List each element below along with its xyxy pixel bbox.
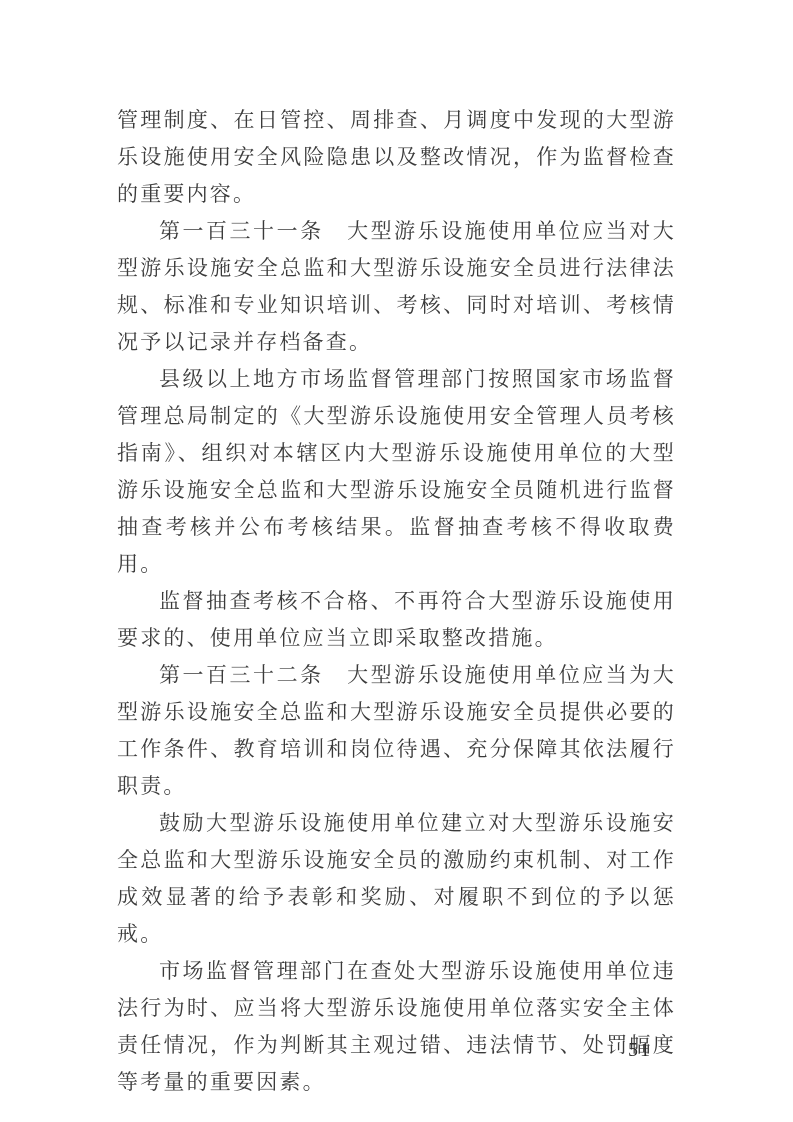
paragraph-enforcement-consideration: 市场监督管理部门在查处大型游乐设施使用单位违法行为时、应当将大型游乐设施使用单位… xyxy=(117,953,676,1101)
paragraph-supervision-content-continuation: 管理制度、在日管控、周排查、月调度中发现的大型游乐设施使用安全风险隐患以及整改情… xyxy=(117,102,676,213)
paragraph-article-132: 第一百三十二条 大型游乐设施使用单位应当为大型游乐设施安全总监和大型游乐设施安全… xyxy=(117,657,676,805)
document-text-block: 管理制度、在日管控、周排查、月调度中发现的大型游乐设施使用安全风险隐患以及整改情… xyxy=(117,102,676,1101)
paragraph-article-131: 第一百三十一条 大型游乐设施使用单位应当对大型游乐设施安全总监和大型游乐设施安全… xyxy=(117,213,676,361)
paragraph-county-level-assessment: 县级以上地方市场监督管理部门按照国家市场监督管理总局制定的《大型游乐设施使用安全… xyxy=(117,361,676,583)
page-number: 51 xyxy=(628,1036,652,1064)
document-page: 管理制度、在日管控、周排查、月调度中发现的大型游乐设施使用安全风险隐患以及整改情… xyxy=(0,0,793,1122)
paragraph-incentive-mechanism: 鼓励大型游乐设施使用单位建立对大型游乐设施安全总监和大型游乐设施安全员的激励约束… xyxy=(117,805,676,953)
paragraph-assessment-failure-measures: 监督抽查考核不合格、不再符合大型游乐设施使用要求的、使用单位应当立即采取整改措施… xyxy=(117,583,676,657)
